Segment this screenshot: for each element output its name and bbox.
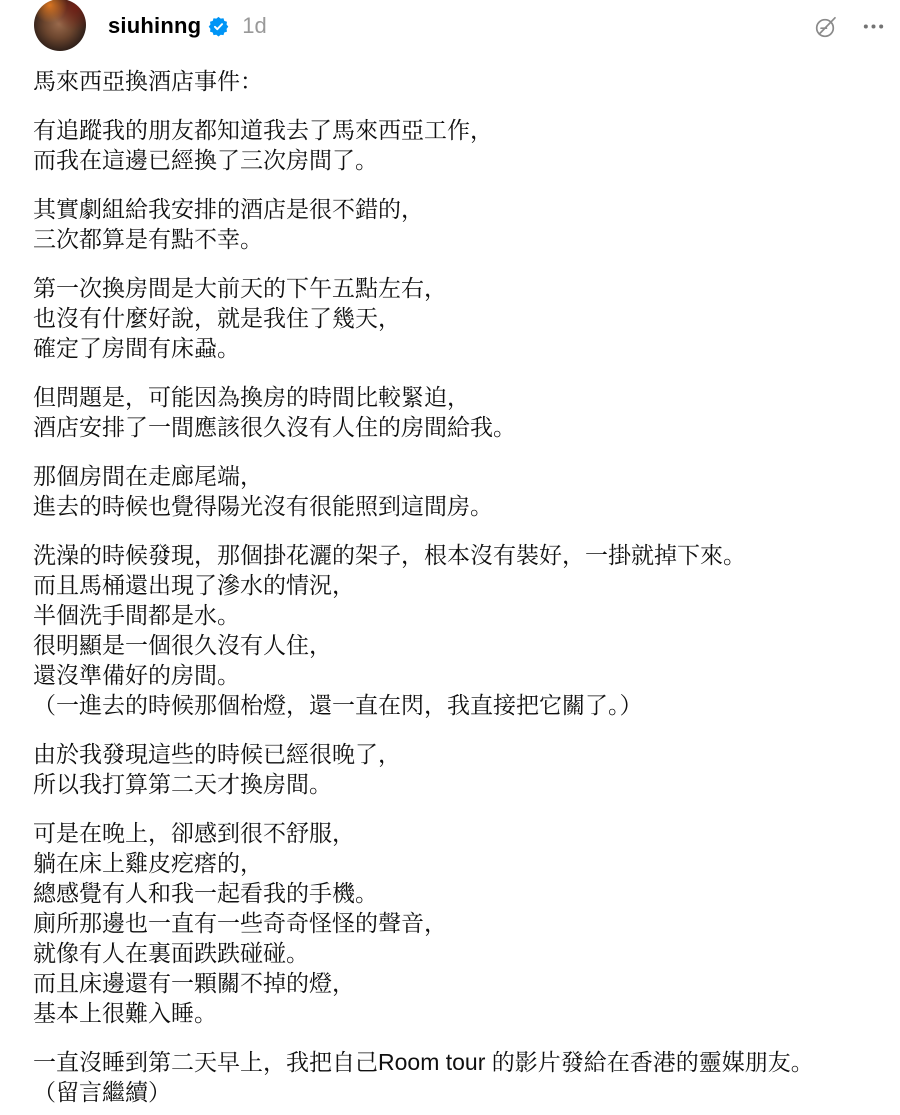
avatar[interactable] xyxy=(34,0,86,51)
post-paragraph: 有追蹤我的朋友都知道我去了馬來西亞工作， 而我在這邊已經換了三次房間了。 xyxy=(33,115,885,175)
post-paragraph: 一直沒睡到第二天早上，我把自己Room tour 的影片發給在香港的靈媒朋友。 … xyxy=(33,1047,885,1107)
header-actions xyxy=(813,13,885,40)
timestamp: 1d xyxy=(242,13,266,39)
post-paragraph: 但問題是，可能因為換房的時間比較緊迫， 酒店安排了一間應該很久沒有人住的房間給我… xyxy=(33,382,885,442)
post-paragraph: 可是在晚上，卻感到很不舒服， 躺在床上雞皮疙瘩的， 總感覺有人和我一起看我的手機… xyxy=(33,818,885,1028)
post-paragraph: 第一次換房間是大前天的下午五點左右， 也沒有什麼好說，就是我住了幾天， 確定了房… xyxy=(33,273,885,363)
post-header: siuhinng 1d xyxy=(33,0,885,52)
username[interactable]: siuhinng xyxy=(108,13,201,39)
post-paragraph: 馬來西亞換酒店事件： xyxy=(33,66,885,96)
post-paragraph: 其實劇組給我安排的酒店是很不錯的， 三次都算是有點不幸。 xyxy=(33,194,885,254)
post-paragraph: 由於我發現這些的時候已經很晚了， 所以我打算第二天才換房間。 xyxy=(33,739,885,799)
verified-badge-icon xyxy=(208,16,229,37)
post-paragraph: 洗澡的時候發現，那個掛花灑的架子，根本沒有裝好，一掛就掉下來。 而且馬桶還出現了… xyxy=(33,540,885,720)
post-paragraph: 那個房間在走廊尾端， 進去的時候也覺得陽光沒有很能照到這間房。 xyxy=(33,461,885,521)
post-body: 馬來西亞換酒店事件：有追蹤我的朋友都知道我去了馬來西亞工作， 而我在這邊已經換了… xyxy=(33,66,885,1107)
slashed-circle-icon[interactable] xyxy=(813,13,840,40)
more-options-icon[interactable] xyxy=(862,15,885,38)
thread-post: siuhinng 1d xyxy=(0,0,900,1115)
